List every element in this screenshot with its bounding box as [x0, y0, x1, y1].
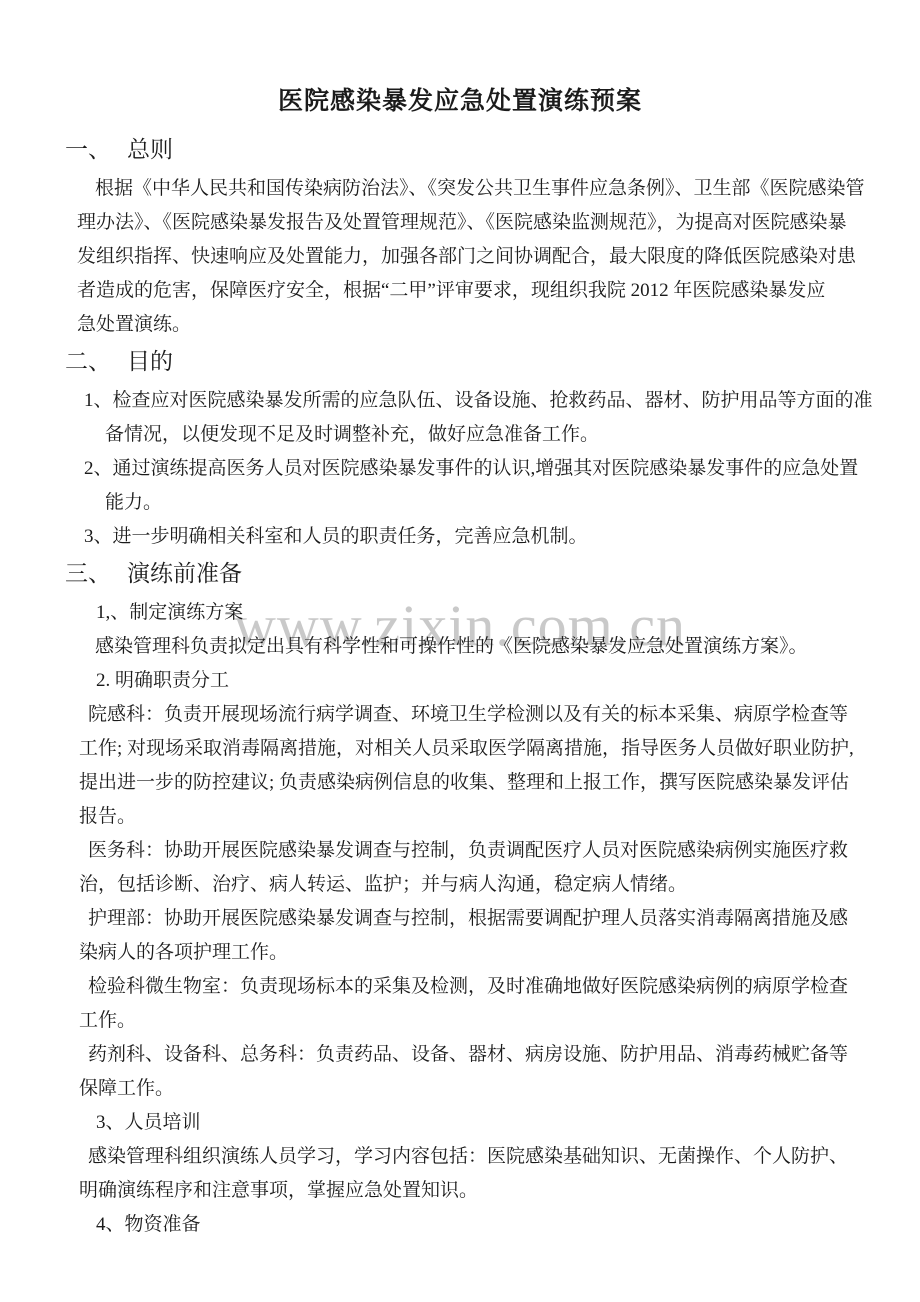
doc-text-line: 工作。 [79, 1004, 920, 1038]
section-heading: 三、演练前准备 [65, 558, 920, 590]
document-title: 医院感染暴发应急处置演练预案 [0, 84, 920, 120]
section-label: 总则 [127, 134, 173, 166]
doc-text-line: 明确演练程序和注意事项，掌握应急处置知识。 [79, 1174, 920, 1208]
doc-text-line: 2. 明确职责分工 [96, 664, 920, 698]
section-number: 三、 [65, 558, 127, 590]
doc-text-line: 3、人员培训 [96, 1106, 920, 1140]
section-label: 目的 [127, 346, 173, 378]
doc-text-line: 提出进一步的防控建议; 负责感染病例信息的收集、整理和上报工作，撰写医院感染暴发… [79, 766, 920, 800]
doc-text-line: 根据《中华人民共和国传染病防治法》、《突发公共卫生事件应急条例》、卫生部《医院感… [95, 172, 920, 206]
section-label: 演练前准备 [127, 558, 242, 590]
doc-text-line: 护理部：协助开展医院感染暴发调查与控制，根据需要调配护理人员落实消毒隔离措施及感 [88, 902, 920, 936]
section-number: 一、 [65, 134, 127, 166]
doc-text-line: 1、检查应对医院感染暴发所需的应急队伍、设备设施、抢救药品、器材、防护用品等方面… [84, 384, 920, 418]
doc-text-line: 1,、制定演练方案 [96, 596, 920, 630]
doc-text-line: 4、物资准备 [96, 1208, 920, 1242]
doc-text-line: 治，包括诊断、治疗、病人转运、监护；并与病人沟通，稳定病人情绪。 [79, 868, 920, 902]
doc-text-line: 保障工作。 [79, 1072, 920, 1106]
doc-text-line: 染病人的各项护理工作。 [79, 936, 920, 970]
doc-text-line: 药剂科、设备科、总务科：负责药品、设备、器材、病房设施、防护用品、消毒药械贮备等 [88, 1038, 920, 1072]
doc-text-line: 理办法》、《医院感染暴发报告及处置管理规范》、《医院感染监测规范》，为提高对医院… [77, 206, 920, 240]
doc-text-line: 院感科：负责开展现场流行病学调查、环境卫生学检测以及有关的标本采集、病原学检查等 [88, 698, 920, 732]
doc-text-line: 医务科：协助开展医院感染暴发调查与控制，负责调配医疗人员对医院感染病例实施医疗救 [88, 834, 920, 868]
doc-text-line: 2、通过演练提高医务人员对医院感染暴发事件的认识,增强其对医院感染暴发事件的应急… [84, 452, 920, 486]
doc-text-line: 3、进一步明确相关科室和人员的职责任务，完善应急机制。 [84, 520, 920, 554]
document-body: 医院感染暴发应急处置演练预案一、总则根据《中华人民共和国传染病防治法》、《突发公… [0, 0, 920, 1242]
doc-text-line: 发组织指挥、快速响应及处置能力，加强各部门之间协调配合，最大限度的降低医院感染对… [77, 240, 920, 274]
document-page: www.zixin.com.cn 医院感染暴发应急处置演练预案一、总则根据《中华… [0, 0, 920, 1302]
doc-text-line: 者造成的危害，保障医疗安全，根据“二甲”评审要求，现组织我院 2012 年医院感… [77, 274, 920, 308]
doc-text-line: 急处置演练。 [77, 308, 920, 342]
section-heading: 二、目的 [65, 346, 920, 378]
doc-text-line: 感染管理科负责拟定出具有科学性和可操作性的《医院感染暴发应急处置演练方案》。 [95, 630, 920, 664]
doc-text-line: 备情况，以便发现不足及时调整补充，做好应急准备工作。 [105, 418, 920, 452]
doc-text-line: 能力。 [105, 486, 920, 520]
doc-text-line: 工作; 对现场采取消毒隔离措施，对相关人员采取医学隔离措施，指导医务人员做好职业… [79, 732, 920, 766]
section-number: 二、 [65, 346, 127, 378]
doc-text-line: 感染管理科组织演练人员学习，学习内容包括：医院感染基础知识、无菌操作、个人防护、 [88, 1140, 920, 1174]
doc-text-line: 报告。 [79, 800, 920, 834]
doc-text-line: 检验科微生物室：负责现场标本的采集及检测，及时准确地做好医院感染病例的病原学检查 [88, 970, 920, 1004]
section-heading: 一、总则 [65, 134, 920, 166]
